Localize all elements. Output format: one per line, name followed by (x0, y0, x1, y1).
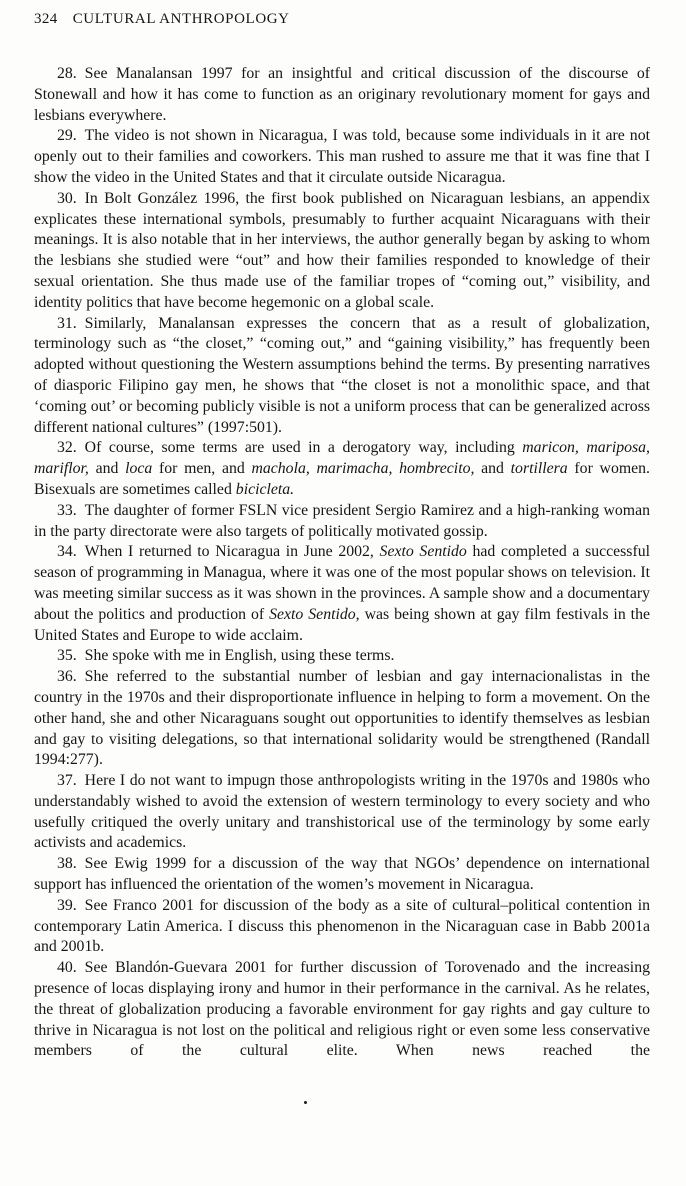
page-number: 324 (34, 11, 58, 27)
endnote-number: 35. (57, 647, 77, 664)
endnote-29: 29. The video is not shown in Nicaragua,… (34, 126, 650, 188)
endnote-number: 30. (57, 190, 77, 207)
endnote-text: See Blandón-Guevara 2001 for further dis… (34, 959, 650, 1059)
endnote-text: See Franco 2001 for discussion of the bo… (34, 897, 650, 956)
endnote-40: 40. See Blandón-Guevara 2001 for further… (34, 958, 650, 1062)
endnote-number: 31. (57, 315, 77, 332)
endnote-number: 34. (57, 543, 77, 560)
running-head: 324CULTURAL ANTHROPOLOGY (34, 11, 290, 28)
endnote-31: 31. Similarly, Manalansan expresses the … (34, 314, 650, 439)
endnote-text: and (89, 460, 125, 477)
endnote-34: 34. When I returned to Nicaragua in June… (34, 542, 650, 646)
endnote-37: 37. Here I do not want to impugn those a… (34, 771, 650, 854)
endnote-text: When I returned to Nicaragua in June 200… (85, 543, 380, 560)
endnote-italic-term: Sexto Sentido, (269, 606, 360, 623)
endnote-number: 29. (57, 127, 77, 144)
endnote-28: 28. See Manalansan 1997 for an insightfu… (34, 64, 650, 126)
endnote-38: 38. See Ewig 1999 for a discussion of th… (34, 854, 650, 896)
endnote-text: She referred to the substantial number o… (34, 668, 650, 768)
endnote-number: 33. (57, 502, 77, 519)
endnote-italic-term: bicicleta. (236, 481, 294, 498)
endnotes-section: 28. See Manalansan 1997 for an insightfu… (34, 64, 650, 1062)
endnote-number: 36. (57, 668, 77, 685)
endnote-text: The video is not shown in Nicaragua, I w… (34, 127, 650, 186)
endnote-italic-term: Sexto Sentido (380, 543, 467, 560)
scan-artifact-dot (304, 1101, 307, 1104)
endnote-text: The daughter of former FSLN vice preside… (34, 502, 650, 540)
endnote-text: Here I do not want to impugn those anthr… (34, 772, 650, 851)
endnote-30: 30. In Bolt González 1996, the first boo… (34, 189, 650, 314)
endnote-number: 32. (57, 439, 77, 456)
document-page: 324CULTURAL ANTHROPOLOGY 28. See Manalan… (0, 0, 686, 1186)
endnote-text: Similarly, Manalansan expresses the conc… (34, 315, 650, 436)
endnote-text: See Ewig 1999 for a discussion of the wa… (34, 855, 650, 893)
endnote-text: She spoke with me in English, using thes… (85, 647, 395, 664)
endnote-number: 39. (57, 897, 77, 914)
endnote-italic-term: tortillera (511, 460, 568, 477)
endnote-text: and (474, 460, 510, 477)
journal-title: CULTURAL ANTHROPOLOGY (73, 11, 290, 27)
endnote-35: 35. She spoke with me in English, using … (34, 646, 650, 667)
endnote-32: 32. Of course, some terms are used in a … (34, 438, 650, 500)
endnote-number: 38. (57, 855, 77, 872)
endnote-number: 28. (57, 65, 77, 82)
endnote-33: 33. The daughter of former FSLN vice pre… (34, 501, 650, 543)
endnote-text: See Manalansan 1997 for an insightful an… (34, 65, 650, 124)
endnote-text: for men, and (152, 460, 251, 477)
endnote-36: 36. She referred to the substantial numb… (34, 667, 650, 771)
endnote-text: Of course, some terms are used in a dero… (85, 439, 523, 456)
endnote-number: 40. (57, 959, 77, 976)
endnote-39: 39. See Franco 2001 for discussion of th… (34, 896, 650, 958)
endnote-italic-term: machola, marimacha, hombrecito, (251, 460, 474, 477)
endnote-italic-term: loca (125, 460, 152, 477)
endnote-text: In Bolt González 1996, the first book pu… (34, 190, 650, 311)
endnote-number: 37. (57, 772, 77, 789)
